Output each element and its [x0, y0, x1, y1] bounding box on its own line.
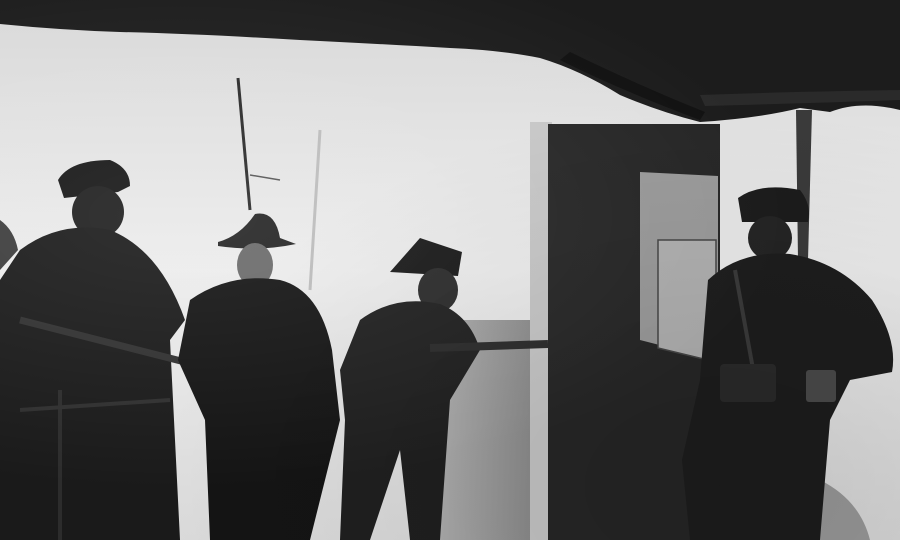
photo-scene	[0, 0, 900, 540]
photograph	[0, 0, 900, 540]
